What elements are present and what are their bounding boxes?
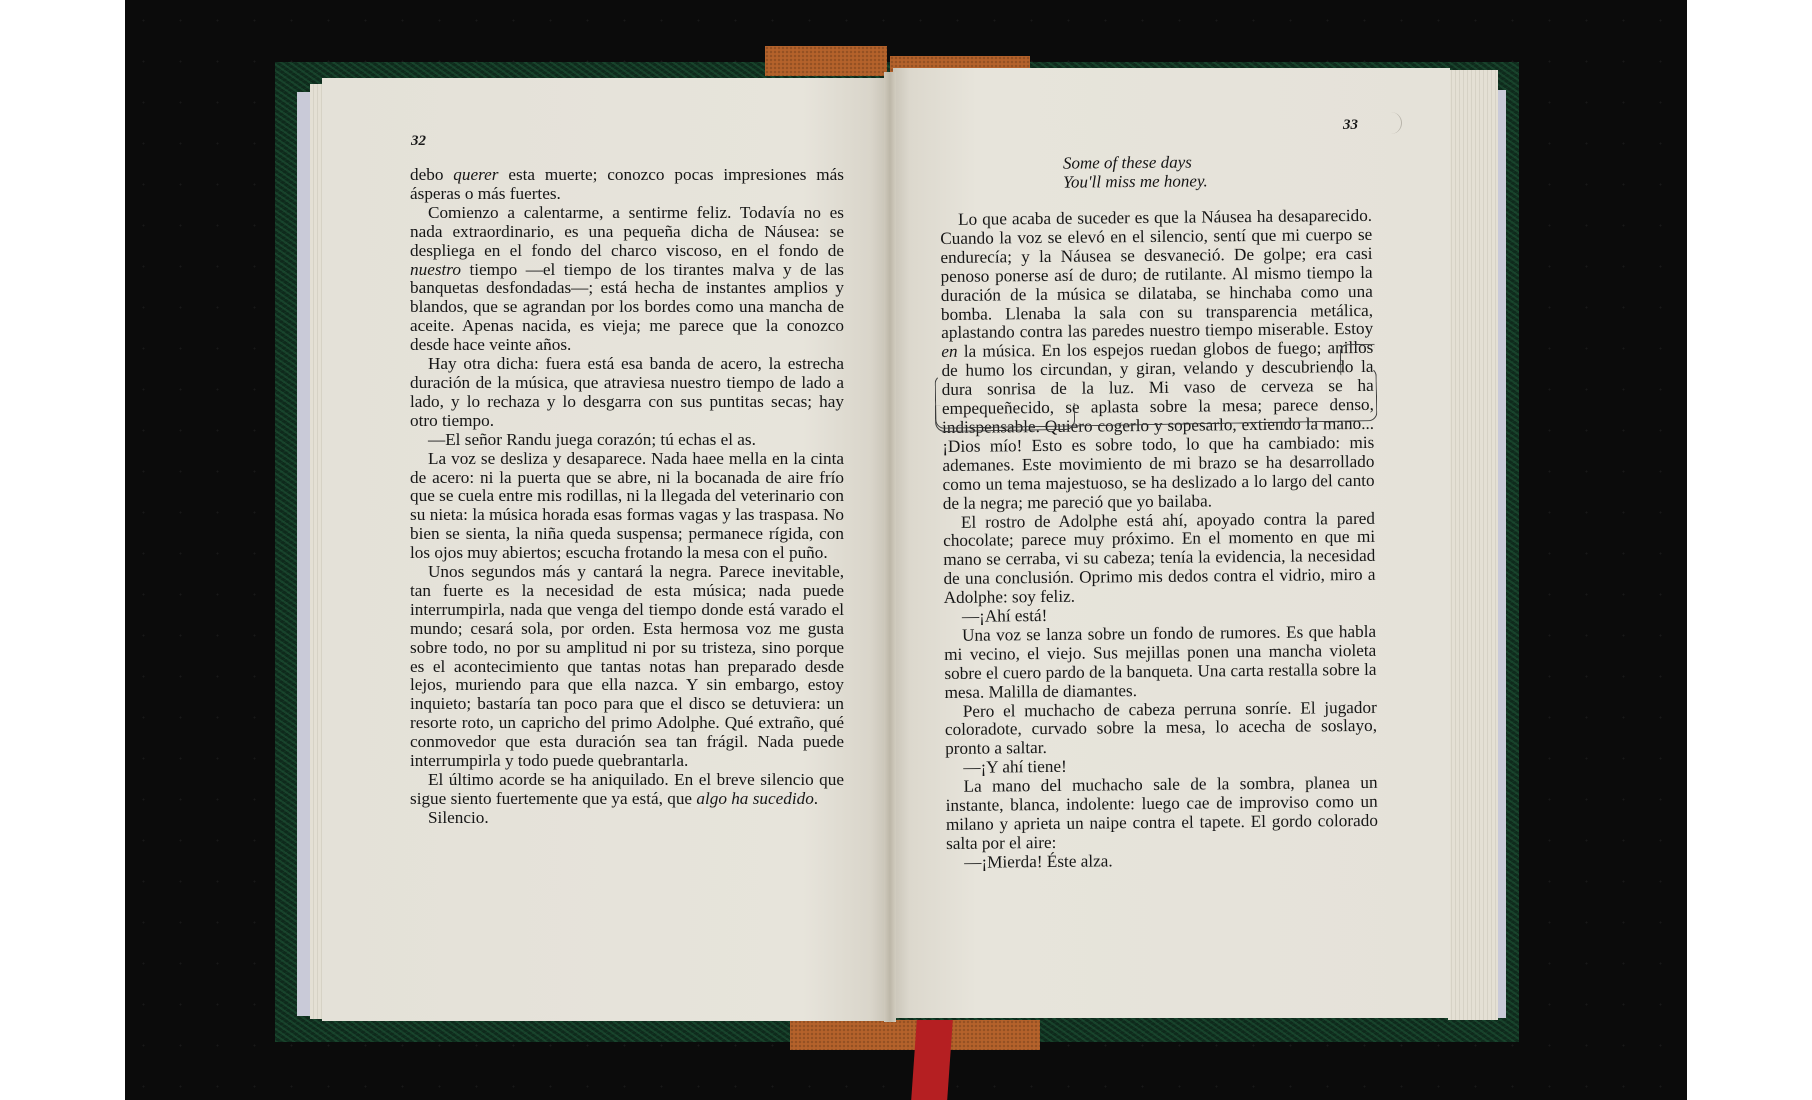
paragraph: El rostro de Adolphe está ahí, apoyado c…	[943, 509, 1376, 608]
italic-text: querer	[453, 165, 498, 184]
italic-text: nuestro	[410, 260, 461, 279]
paragraph: —El señor Randu juega corazón; tú echas …	[410, 431, 844, 450]
left-page-body: debo querer esta muerte; conozco pocas i…	[410, 166, 844, 828]
paragraph: Comienzo a calentarme, a sentirme feliz.…	[410, 204, 844, 355]
paragraph: Lo que acaba de suceder es que la Náusea…	[940, 207, 1375, 514]
headband-top	[765, 46, 887, 76]
paragraph: La mano del muchacho sale de la sombra, …	[945, 774, 1378, 854]
ribbon-bookmark[interactable]	[911, 1020, 953, 1100]
paragraph: Hay otra dicha: fuera está esa banda de …	[410, 355, 844, 431]
paragraph: Pero el muchacho de cabeza perruna sonrí…	[945, 698, 1378, 759]
right-page-body: Lo que acaba de suceder es que la Náusea…	[940, 207, 1378, 873]
page-number-right: 33	[1343, 117, 1358, 134]
spine-gutter	[884, 72, 896, 1022]
epigraph-line-1: Some of these days	[1063, 152, 1208, 172]
paragraph: debo querer esta muerte; conozco pocas i…	[410, 166, 844, 204]
epigraph-line-2: You'll miss me honey.	[1063, 171, 1208, 191]
paragraph: Unos segundos más y cantará la negra. Pa…	[410, 563, 844, 771]
paragraph: Silencio.	[410, 809, 844, 828]
paragraph: El último acorde se ha aniquilado. En el…	[410, 771, 844, 809]
paragraph: La voz se desliza y desaparece. Nada hae…	[410, 450, 844, 563]
italic-text: en	[941, 342, 957, 361]
page-stack-right	[1448, 70, 1498, 1020]
italic-text: algo ha sucedido	[696, 789, 813, 808]
epigraph: Some of these days You'll miss me honey.	[1063, 152, 1208, 191]
paragraph: Una voz se lanza sobre un fondo de rumor…	[944, 623, 1377, 703]
page-number-left: 32	[411, 133, 426, 150]
